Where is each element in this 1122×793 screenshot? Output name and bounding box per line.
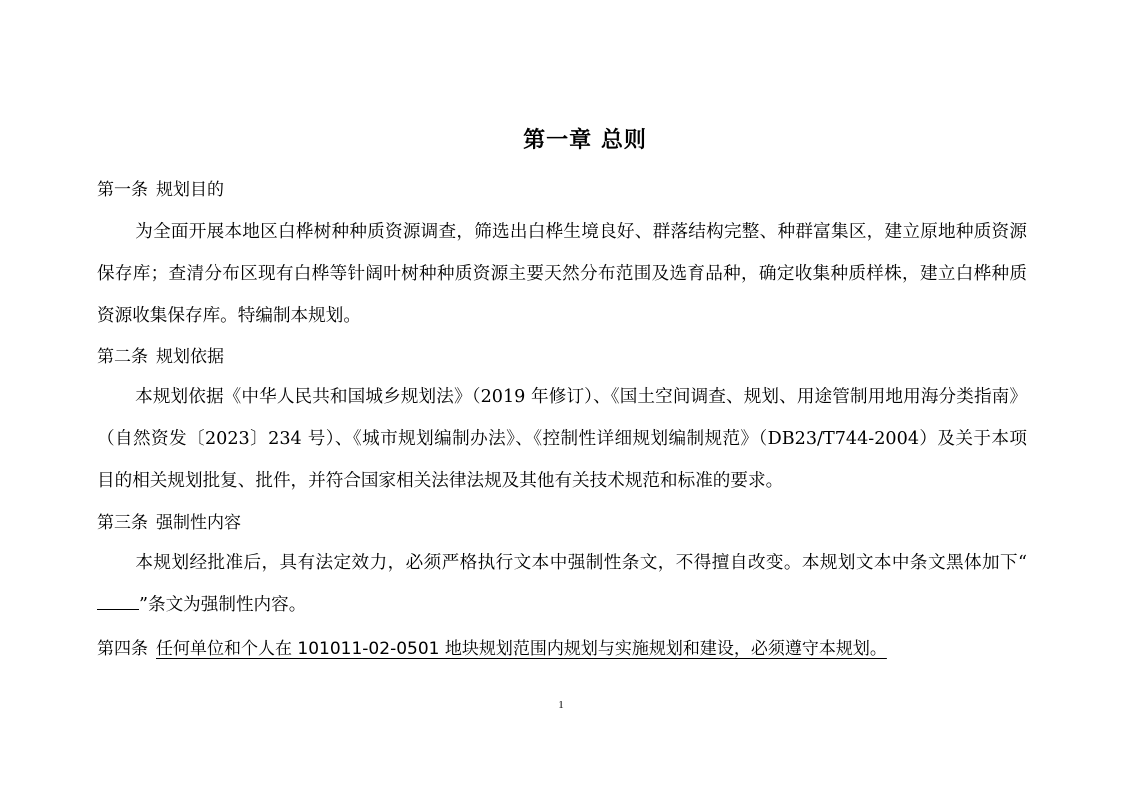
article-1-heading: 第一条规划目的 — [97, 177, 224, 203]
article-3-text-part2: ”条文为强制性内容。 — [139, 595, 306, 615]
article-1-text: 为全面开展本地区白桦树种种质资源调查，筛选出白桦生境良好、群落结构完整、种群富集… — [97, 222, 1027, 326]
article-2-heading: 第二条规划依据 — [97, 344, 224, 370]
article-2-text: 本规划依据《中华人民共和国城乡规划法》（2019 年修订）、《国土空间调查、规划… — [97, 387, 1027, 491]
article-3-title: 强制性内容 — [156, 513, 241, 533]
article-1-paragraph: 为全面开展本地区白桦树种种质资源调查，筛选出白桦生境良好、群落结构完整、种群富集… — [97, 212, 1027, 337]
article-2-title: 规划依据 — [156, 347, 224, 367]
page-number: 1 — [0, 697, 1122, 713]
article-3-number: 第三条 — [97, 513, 148, 533]
article-1-title: 规划目的 — [156, 180, 224, 200]
chapter-title: 第一章 总则 — [0, 124, 1122, 158]
underline-blank-sample — [97, 595, 139, 610]
article-3-text-part1: 本规划经批准后，具有法定效力，必须严格执行文本中强制性条文，不得擅自改变。本规划… — [135, 553, 1027, 573]
article-2-paragraph: 本规划依据《中华人民共和国城乡规划法》（2019 年修订）、《国土空间调查、规划… — [97, 377, 1027, 502]
article-1-number: 第一条 — [97, 180, 148, 200]
article-2-number: 第二条 — [97, 347, 148, 367]
article-4-heading: 第四条任何单位和个人在 101011-02-0501 地块规划范围内规划与实施规… — [97, 636, 887, 662]
document-page: 第一章 总则 第一条规划目的 为全面开展本地区白桦树种种质资源调查，筛选出白桦生… — [0, 0, 1122, 793]
article-4-number: 第四条 — [97, 639, 148, 659]
article-3-paragraph: 本规划经批准后，具有法定效力，必须严格执行文本中强制性条文，不得擅自改变。本规划… — [97, 543, 1027, 627]
article-4-mandatory-text: 任何单位和个人在 101011-02-0501 地块规划范围内规划与实施规划和建… — [156, 639, 887, 659]
article-3-heading: 第三条强制性内容 — [97, 510, 241, 536]
